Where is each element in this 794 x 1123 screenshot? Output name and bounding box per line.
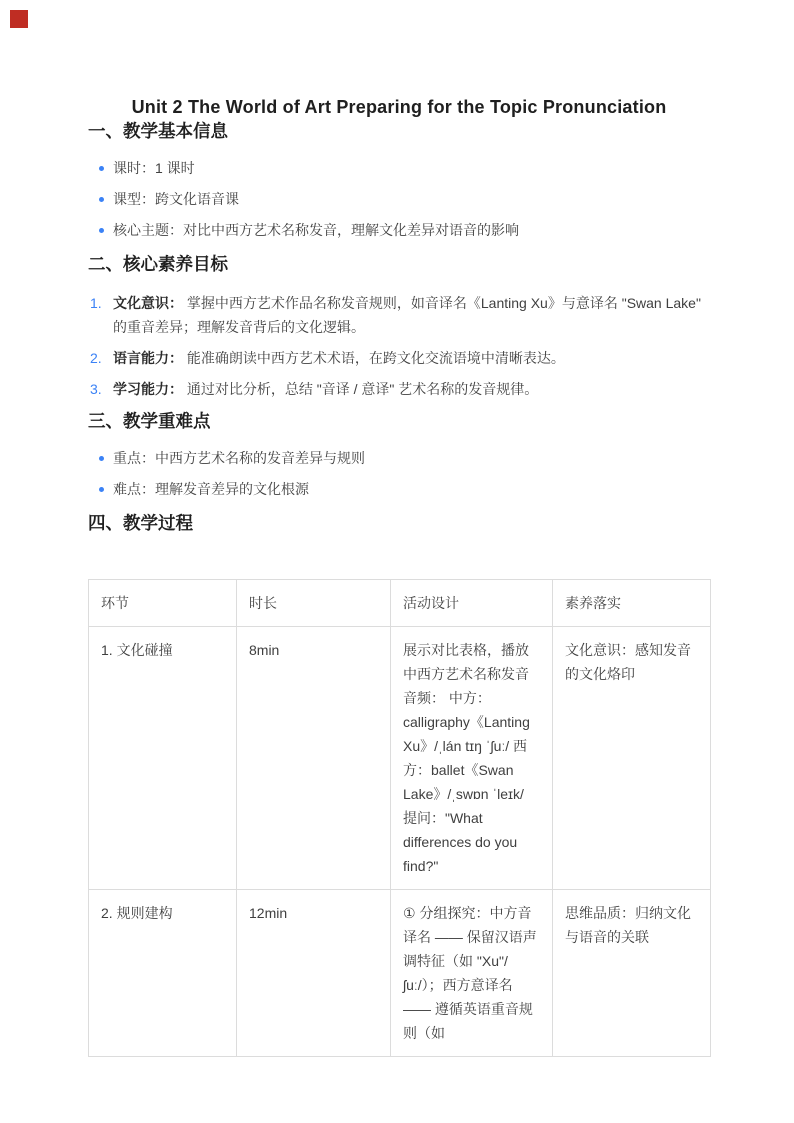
document-page: Unit 2 The World of Art Preparing for th… [0, 0, 794, 1123]
list-item-text: 课时：1 课时 [113, 160, 195, 176]
section-heading-process: 四、教学过程 [88, 510, 710, 535]
document-title: Unit 2 The World of Art Preparing for th… [88, 97, 710, 118]
bullet-icon [99, 487, 104, 492]
bullet-icon [99, 228, 104, 233]
list-item-text: 核心主题：对比中西方艺术名称发音，理解文化差异对语音的影响 [113, 222, 519, 238]
table-cell-outcome: 思维品质：归纳文化与语音的关联 [553, 890, 711, 1057]
red-corner-marker [10, 10, 28, 28]
list-item-text: 重点：中西方艺术名称的发音差异与规则 [113, 450, 365, 466]
bullet-icon [99, 197, 104, 202]
table-cell-duration: 12min [237, 890, 391, 1057]
goal-label: 文化意识： [113, 295, 183, 311]
table-cell-activity: ① 分组探究：中方音译名 —— 保留汉语声调特征（如 "Xu"/ʃuː/）；西方… [391, 890, 553, 1057]
table-cell-stage: 1. 文化碰撞 [89, 627, 237, 890]
core-goals-list: 1. 文化意识： 掌握中西方艺术作品名称发音规则，如音译名《Lanting Xu… [88, 291, 710, 401]
table-header-cell: 时长 [237, 580, 391, 627]
document-content: Unit 2 The World of Art Preparing for th… [88, 0, 710, 1057]
table-cell-stage: 2. 规则建构 [89, 890, 237, 1057]
goal-text: 掌握中西方艺术作品名称发音规则，如音译名《Lanting Xu》与意译名 "Sw… [113, 295, 701, 335]
table-header-cell: 素养落实 [553, 580, 711, 627]
basic-info-list: 课时：1 课时 课型：跨文化语音课 核心主题：对比中西方艺术名称发音，理解文化差… [88, 158, 710, 240]
section-heading-key-points: 三、教学重难点 [88, 408, 710, 433]
list-number: 1. [90, 291, 102, 315]
list-item: 难点：理解发音差异的文化根源 [88, 479, 710, 499]
list-item: 核心主题：对比中西方艺术名称发音，理解文化差异对语音的影响 [88, 220, 710, 240]
table-row: 1. 文化碰撞 8min 展示对比表格，播放中西方艺术名称发音音频： 中方： c… [89, 627, 711, 890]
list-item: 3. 学习能力： 通过对比分析，总结 "音译 / 意译" 艺术名称的发音规律。 [88, 377, 710, 401]
list-item-text: 难点：理解发音差异的文化根源 [113, 481, 309, 497]
list-item-text: 课型：跨文化语音课 [113, 191, 239, 207]
section-heading-basic-info: 一、教学基本信息 [88, 118, 710, 143]
goal-label: 语言能力： [113, 350, 183, 366]
table-cell-duration: 8min [237, 627, 391, 890]
goal-label: 学习能力： [113, 381, 183, 397]
list-item: 2. 语言能力： 能准确朗读中西方艺术术语，在跨文化交流语境中清晰表达。 [88, 346, 710, 370]
list-item: 1. 文化意识： 掌握中西方艺术作品名称发音规则，如音译名《Lanting Xu… [88, 291, 710, 339]
table-cell-activity: 展示对比表格，播放中西方艺术名称发音音频： 中方： calligraphy《La… [391, 627, 553, 890]
teaching-process-table: 环节 时长 活动设计 素养落实 1. 文化碰撞 8min 展示对比表格，播放中西… [88, 579, 711, 1057]
section-heading-core-goals: 二、核心素养目标 [88, 251, 710, 276]
list-item: 课时：1 课时 [88, 158, 710, 178]
list-item: 课型：跨文化语音课 [88, 189, 710, 209]
list-number: 2. [90, 346, 102, 370]
goal-text: 能准确朗读中西方艺术术语，在跨文化交流语境中清晰表达。 [187, 350, 565, 366]
table-row: 2. 规则建构 12min ① 分组探究：中方音译名 —— 保留汉语声调特征（如… [89, 890, 711, 1057]
key-points-list: 重点：中西方艺术名称的发音差异与规则 难点：理解发音差异的文化根源 [88, 448, 710, 499]
goal-text: 通过对比分析，总结 "音译 / 意译" 艺术名称的发音规律。 [187, 381, 538, 397]
table-cell-outcome: 文化意识：感知发音的文化烙印 [553, 627, 711, 890]
bullet-icon [99, 456, 104, 461]
table-header-cell: 活动设计 [391, 580, 553, 627]
list-number: 3. [90, 377, 102, 401]
table-header-row: 环节 时长 活动设计 素养落实 [89, 580, 711, 627]
list-item: 重点：中西方艺术名称的发音差异与规则 [88, 448, 710, 468]
table-header-cell: 环节 [89, 580, 237, 627]
bullet-icon [99, 166, 104, 171]
